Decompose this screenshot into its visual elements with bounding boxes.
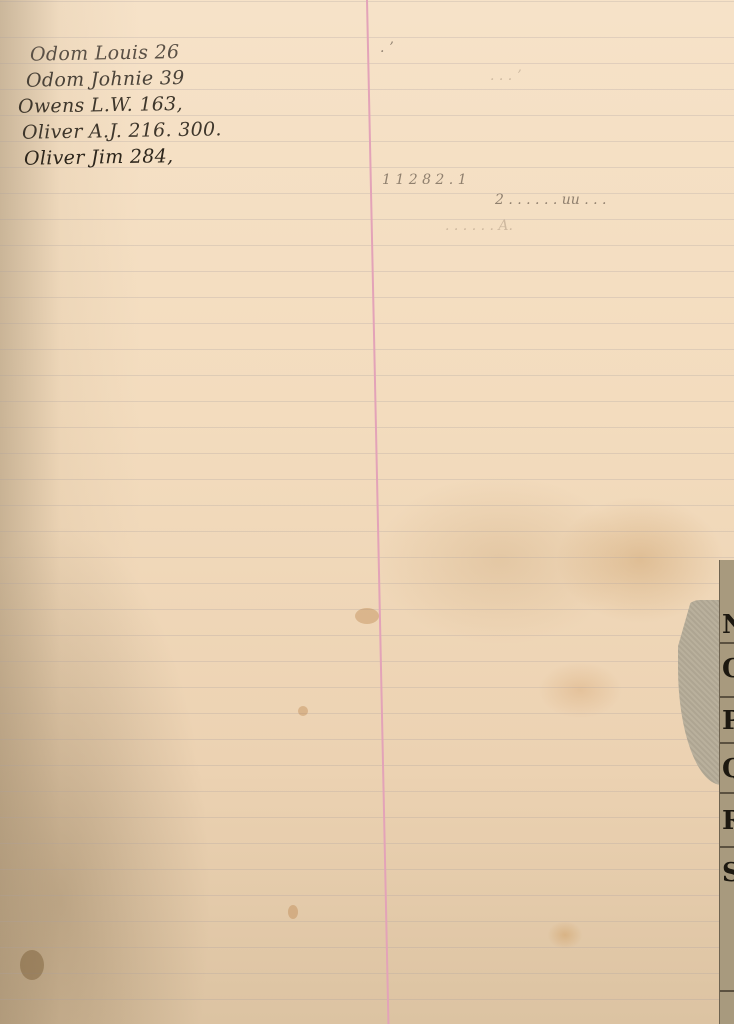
bleed-through-mark: . . . ʼ [490,68,521,84]
bleed-through-mark: . . . . . . A. [445,218,513,234]
tab-divider [720,642,734,644]
tab-letter-o[interactable]: O [722,656,734,682]
tab-letter-r[interactable]: R [722,808,734,834]
tab-letter-s[interactable]: S [722,860,734,886]
bleed-through-mark: . ʼ [380,40,393,56]
entry-odom-louis: Odom Louis 26 [30,38,222,67]
tab-divider [720,742,734,744]
stain [288,905,298,919]
entry-owens-lw: Owens L.W. 163, [18,90,222,120]
tab-divider [720,792,734,794]
bleed-through-mark: 2 . . . . . . uu . . . [495,192,607,208]
entry-odom-johnie: Odom Johnie 39 [26,64,222,93]
tab-letter-q[interactable]: Q [722,756,734,782]
tab-divider [720,990,734,992]
stain [355,608,379,624]
tab-letter-n[interactable]: N [722,612,734,638]
entry-oliver-aj: Oliver A.J. 216. 300. [22,116,222,145]
stain [20,950,44,980]
ledger-page: Odom Louis 26 Odom Johnie 39 Owens L.W. … [0,0,734,1024]
tab-divider [720,696,734,698]
stain [298,706,308,716]
name-entries: Odom Louis 26 Odom Johnie 39 Owens L.W. … [18,40,222,170]
tab-letter-p[interactable]: P [722,708,734,734]
entry-oliver-jim: Oliver Jim 284, [24,142,222,171]
bleed-through-mark: 1 1 2 8 2 . 1 [382,172,467,188]
tab-divider [720,846,734,848]
